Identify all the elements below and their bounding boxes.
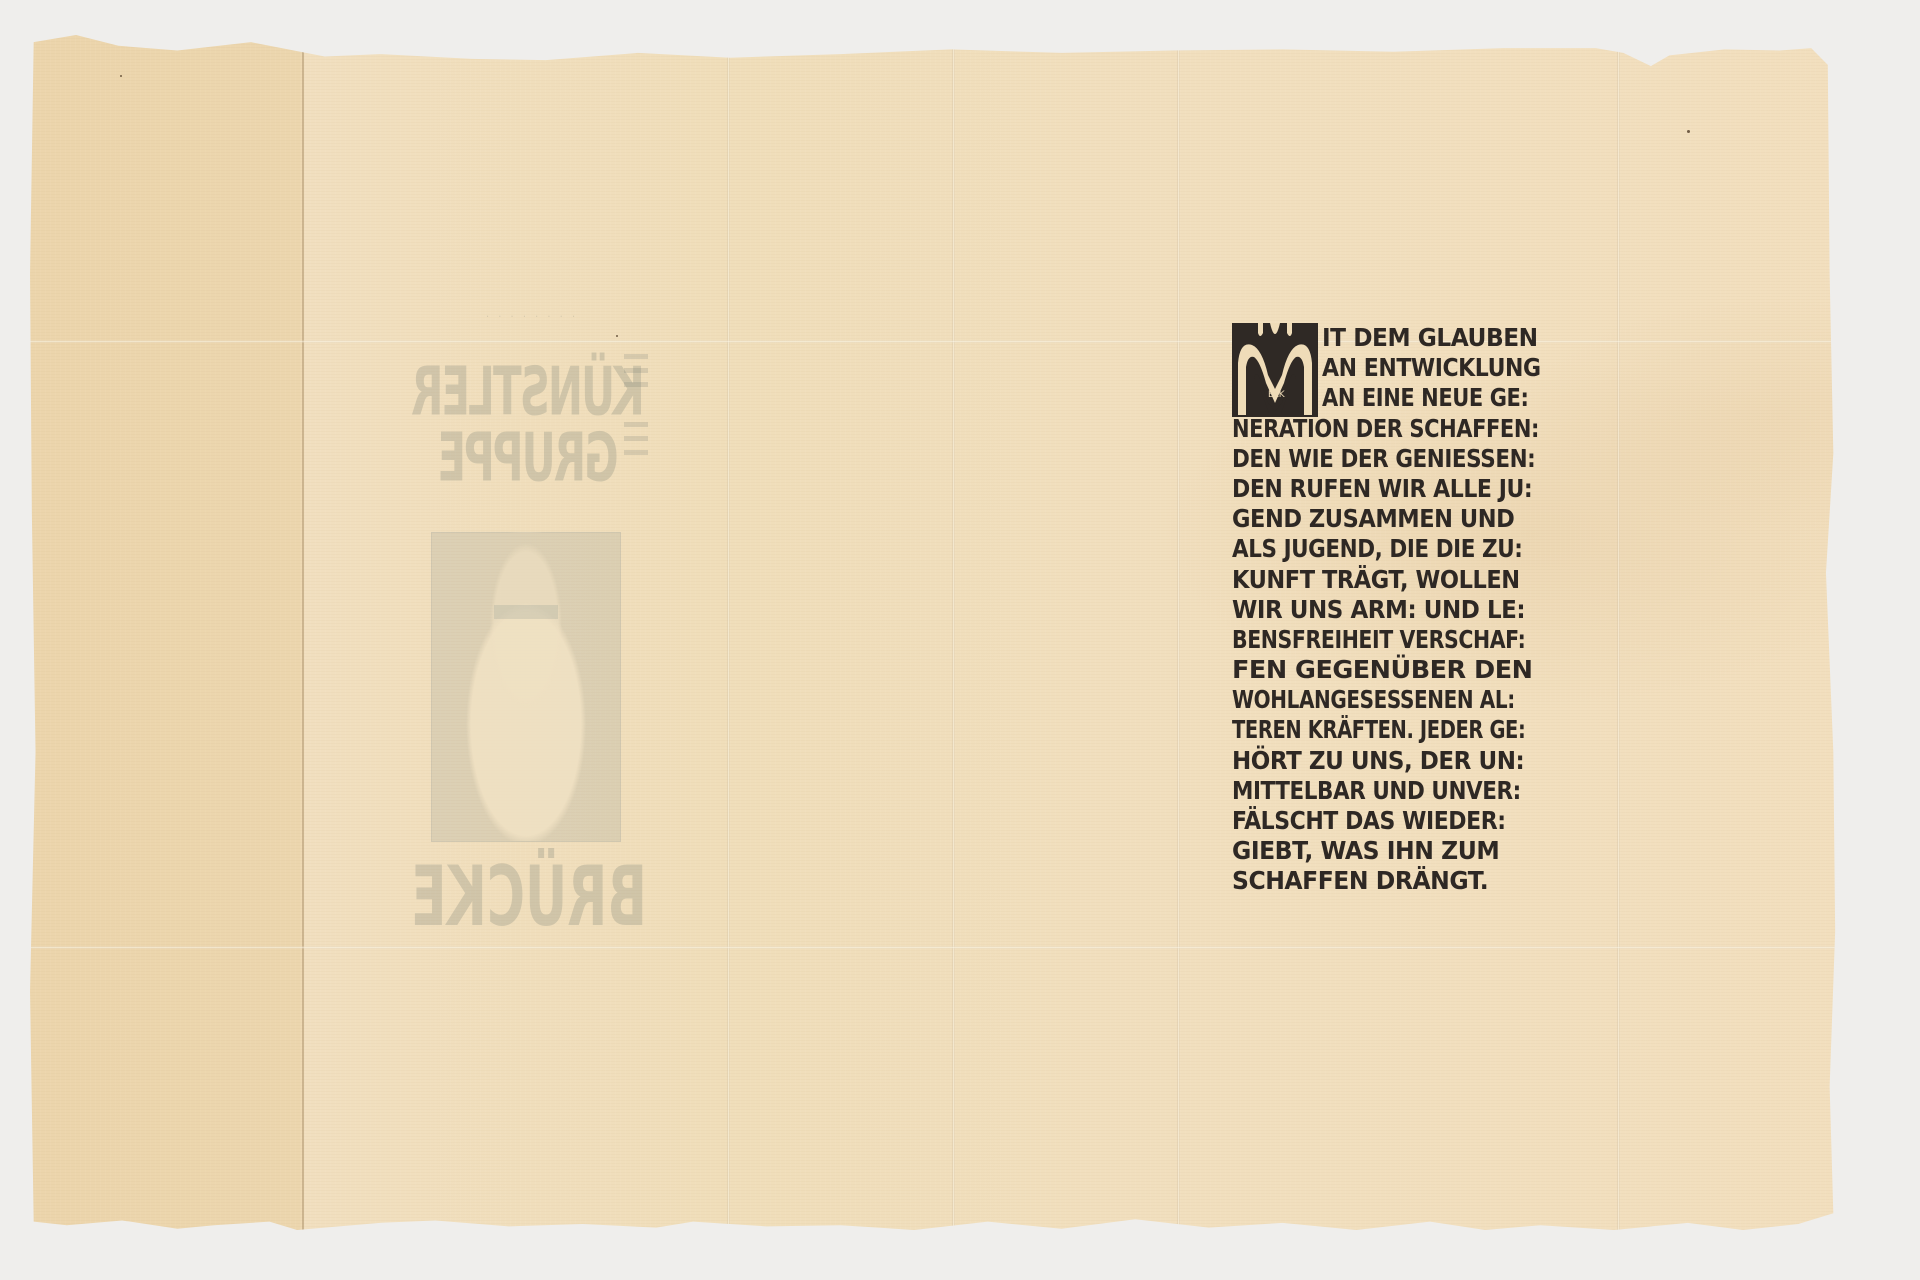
show-through-top-line: · · · · · · · · bbox=[410, 310, 648, 323]
text-line: MITTELBAR UND UNVER: bbox=[1232, 776, 1557, 806]
text-line: ALS JUGEND, DIE DIE ZU: bbox=[1232, 534, 1557, 564]
paper-grain bbox=[30, 35, 1872, 1230]
show-through-print: · · · · · · · · KÜNSTLER GRUPPE BRÜCKE bbox=[410, 310, 648, 940]
paper-speck bbox=[616, 335, 618, 337]
text-line: IT DEM GLAUBEN bbox=[1232, 323, 1557, 353]
text-line: TEREN KRÄFTEN. JEDER GE: bbox=[1232, 715, 1557, 745]
text-line: AN EINE NEUE GE: bbox=[1232, 383, 1557, 413]
woodcut-text-block: ELK IT DEM GLAUBEN AN ENTWICKLUNG AN EIN… bbox=[1232, 323, 1557, 951]
vertical-fold-3 bbox=[1177, 35, 1180, 1230]
show-through-image-band bbox=[494, 605, 558, 619]
vertical-fold-2 bbox=[952, 35, 955, 1230]
text-line: DEN WIE DER GENIESSEN: bbox=[1232, 444, 1557, 474]
horizontal-fold-bottom bbox=[30, 946, 1872, 949]
text-line: GIEBT, WAS IHN ZUM bbox=[1232, 836, 1557, 866]
text-line: NERATION DER SCHAFFEN: bbox=[1232, 414, 1557, 444]
show-through-woodcut-image bbox=[431, 532, 621, 842]
text-line: KUNFT TRÄGT, WOLLEN bbox=[1232, 565, 1557, 595]
paper-sheet: · · · · · · · · KÜNSTLER GRUPPE BRÜCKE bbox=[30, 35, 1872, 1230]
text-line: WIR UNS ARM: UND LE: bbox=[1232, 595, 1557, 625]
text-line: FEN GEGENÜBER DEN bbox=[1232, 655, 1557, 685]
text-line: WOHLANGESESSENEN AL: bbox=[1232, 685, 1557, 715]
show-through-word-bruecke: BRÜCKE bbox=[410, 850, 648, 946]
show-through-word-gruppe: GRUPPE bbox=[410, 418, 648, 496]
text-line: DEN RUFEN WIR ALLE JU: bbox=[1232, 474, 1557, 504]
paper-speck bbox=[1687, 130, 1690, 133]
text-line: HÖRT ZU UNS, DER UN: bbox=[1232, 746, 1557, 776]
text-line: AN ENTWICKLUNG bbox=[1232, 353, 1557, 383]
panel-seam-left bbox=[302, 35, 304, 1230]
text-line: FÄLSCHT DAS WIEDER: bbox=[1232, 806, 1557, 836]
vertical-fold-4 bbox=[1617, 35, 1620, 1230]
woodcut-lines: IT DEM GLAUBEN AN ENTWICKLUNG AN EINE NE… bbox=[1232, 323, 1557, 897]
horizontal-fold-top bbox=[30, 340, 1872, 343]
paper-speck bbox=[120, 75, 122, 77]
text-line: SCHAFFEN DRÄNGT. bbox=[1232, 866, 1557, 896]
text-line: BENSFREIHEIT VERSCHAF: bbox=[1232, 625, 1557, 655]
vertical-fold-1 bbox=[727, 35, 730, 1230]
text-line: GEND ZUSAMMEN UND bbox=[1232, 504, 1557, 534]
